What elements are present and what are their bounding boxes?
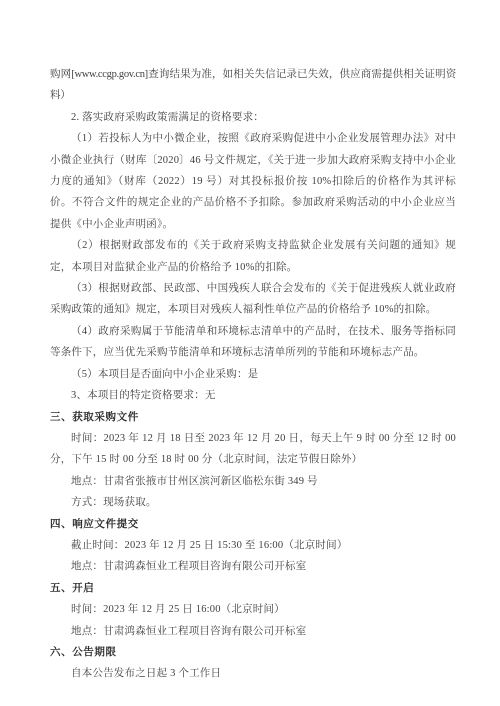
section-heading: 六、公告期限 — [50, 642, 456, 663]
paragraph: 购网[www.ccgp.gov.cn]查询结果为准，如相关失信记录已失效，供应商… — [50, 64, 456, 107]
paragraph: 地点：甘肃省张掖市甘州区滨河新区临松东街 349 号 — [50, 471, 456, 492]
paragraph: 地点：甘肃鸿森恒业工程项目咨询有限公司开标室 — [50, 621, 456, 642]
paragraph: （1）若投标人为中小微企业，按照《政府采购促进中小企业发展管理办法》对中小微企业… — [50, 128, 456, 235]
paragraph: 时间：2023 年 12 月 18 日至 2023 年 12 月 20 日，每天… — [50, 428, 456, 471]
document-body: 购网[www.ccgp.gov.cn]查询结果为准，如相关失信记录已失效，供应商… — [50, 64, 456, 685]
paragraph: （2）根据财政部发布的《关于政府采购支持监狱企业发展有关问题的通知》规定，本项目… — [50, 235, 456, 278]
section-heading: 五、开启 — [50, 578, 456, 599]
paragraph: （4）政府采购属于节能清单和环境标志清单中的产品时，在技术、服务等指标同等条件下… — [50, 321, 456, 364]
section-heading: 四、响应文件提交 — [50, 514, 456, 535]
paragraph: 方式：现场获取。 — [50, 492, 456, 513]
paragraph: 自本公告发布之日起 3 个工作日 — [50, 663, 456, 684]
section-heading: 三、获取采购文件 — [50, 407, 456, 428]
paragraph: 地点：甘肃鸿森恒业工程项目咨询有限公司开标室 — [50, 556, 456, 577]
paragraph: 截止时间：2023 年 12 月 25 日 15:30 至 16:00（北京时间… — [50, 535, 456, 556]
paragraph: （3）根据财政部、民政部、中国残疾人联合会发布的《关于促进残疾人就业政府采购政策… — [50, 278, 456, 321]
paragraph: 3、本项目的特定资格要求：无 — [50, 385, 456, 406]
document-page: 购网[www.ccgp.gov.cn]查询结果为准，如相关失信记录已失效，供应商… — [0, 0, 500, 706]
paragraph: 时间：2023 年 12 月 25 日 16:00（北京时间） — [50, 599, 456, 620]
paragraph: （5）本项目是否面向中小企业采购：是 — [50, 364, 456, 385]
paragraph: 2. 落实政府采购政策需满足的资格要求： — [50, 107, 456, 128]
